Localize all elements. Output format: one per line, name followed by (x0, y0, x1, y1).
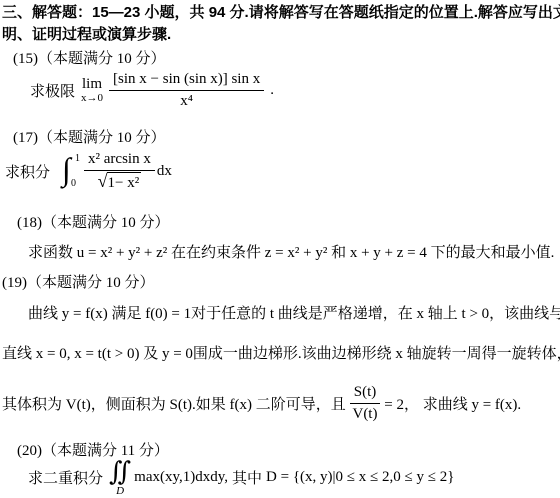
end-punctuation: . (270, 82, 274, 99)
problem-15-label: (15)（本题满分 10 分） (13, 47, 166, 68)
square-root: √ 1− x² (98, 172, 142, 193)
integral-upper-bound: 1 (75, 153, 80, 164)
fraction-denominator: √ 1− x² (98, 171, 142, 193)
problem-20-mid-text: 其中 (232, 467, 262, 488)
problem-20-prompt: 求二重积分 (28, 467, 103, 488)
fraction-numerator: x² arcsin x (84, 150, 155, 171)
problem-20-label: (20)（本题满分 11 分） (17, 439, 169, 460)
fraction-denominator: x⁴ (180, 91, 193, 111)
problem-18-body: 求函数 u = x² + y² + z² 在在约束条件 z = x² + y² … (28, 241, 554, 262)
double-integral-sign: ∬ D (109, 458, 131, 497)
limit-operator: lim x→0 (81, 77, 103, 104)
problem-19-line3-post: = 2， 求曲线 y = f(x). (384, 393, 521, 414)
limit-subscript: x→0 (81, 93, 103, 104)
problem-17-label: (17)（本题满分 10 分） (13, 126, 166, 147)
exam-page: 三、解答题：15—23 小题，共 94 分.请将解答写在答题纸指定的位置上.解答… (0, 0, 560, 498)
fraction-p15: [sin x − sin (sin x)] sin x x⁴ (109, 70, 264, 111)
problem-19-label: (19)（本题满分 10 分） (2, 271, 155, 292)
problem-20-formula: 求二重积分 ∬ D max(xy,1)dxdy, 其中 D = {(x, y)|… (28, 458, 454, 497)
section-header-line2: 明、证明过程或演算步骤. (2, 24, 171, 46)
problem-15-formula: 求极限 lim x→0 [sin x − sin (sin x)] sin x … (30, 70, 280, 111)
fraction-p19: S(t) V(t) (350, 383, 381, 424)
problem-19-line1: 曲线 y = f(x) 满足 f(0) = 1对于任意的 t 曲线是严格递增，在… (28, 302, 560, 323)
radicand: 1− x² (107, 172, 142, 193)
double-integral-domain-subscript: D (116, 486, 124, 497)
problem-19-line2: 直线 x = 0, x = t(t > 0) 及 y = 0围成一曲边梯形.该曲… (2, 342, 560, 363)
problem-17-formula: 求积分 ∫ 1 0 x² arcsin x √ 1− x² dx (5, 150, 172, 193)
domain-set-definition: D = {(x, y)|0 ≤ x ≤ 2,0 ≤ y ≤ 2} (266, 469, 454, 486)
differential: dx (157, 163, 172, 180)
problem-15-prompt: 求极限 (30, 80, 75, 101)
fraction-denominator: V(t) (352, 404, 377, 424)
problem-18-label: (18)（本题满分 10 分） (17, 211, 170, 232)
integral-lower-bound: 0 (71, 178, 76, 189)
section-header-line1: 三、解答题：15—23 小题，共 94 分.请将解答写在答题纸指定的位置上.解答… (2, 2, 560, 24)
fraction-p17: x² arcsin x √ 1− x² (84, 150, 155, 193)
fraction-numerator: S(t) (350, 383, 381, 404)
integrand: max(xy,1)dxdy, (134, 469, 228, 486)
problem-17-prompt: 求积分 (5, 161, 50, 182)
problem-19-line3-pre: 其体积为 V(t)，侧面积为 S(t).如果 f(x) 二阶可导，且 (2, 393, 346, 414)
fraction-numerator: [sin x − sin (sin x)] sin x (109, 70, 264, 91)
problem-19-line3: 其体积为 V(t)，侧面积为 S(t).如果 f(x) 二阶可导，且 S(t) … (2, 383, 521, 424)
integral-sign: ∫ 1 0 (62, 151, 84, 191)
